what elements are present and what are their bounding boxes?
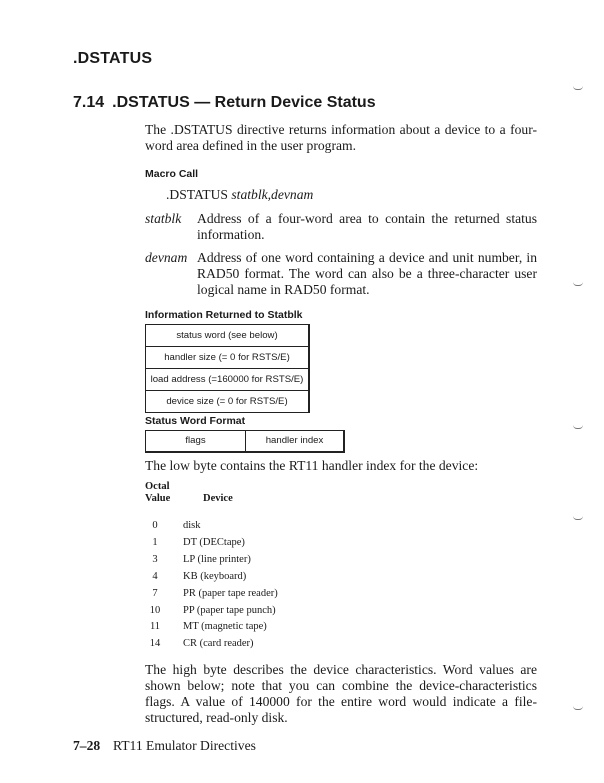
scan-edge-mark	[573, 282, 583, 286]
status-word-format-heading: Status Word Format	[145, 415, 245, 427]
macro-call-heading: Macro Call	[145, 168, 198, 180]
section-number: 7.14	[73, 94, 104, 111]
running-head: .DSTATUS	[73, 50, 152, 68]
macro-args: statblk,devnam	[231, 187, 313, 202]
macro-directive: .DSTATUS	[166, 187, 228, 202]
statblk-word: status word (see below)	[146, 325, 308, 346]
octal-value: 0	[145, 520, 165, 531]
device-name: LP (line printer)	[183, 554, 251, 565]
device-header: Device	[203, 493, 233, 504]
device-name: PP (paper tape punch)	[183, 605, 276, 616]
argument-term: statblk	[145, 211, 181, 227]
octal-value: 10	[145, 605, 165, 616]
octal-value: 4	[145, 571, 165, 582]
device-name: KB (keyboard)	[183, 571, 246, 582]
handler-index-field: handler index	[246, 431, 343, 451]
argument-description: Address of one word containing a device …	[197, 250, 537, 298]
low-byte-paragraph: The low byte contains the RT11 handler i…	[145, 458, 537, 474]
status-word-diagram: flags handler index	[145, 430, 345, 453]
header-line: Value	[145, 493, 170, 505]
scan-edge-mark	[573, 516, 583, 520]
statblk-layout-diagram: status word (see below) handler size (= …	[145, 324, 310, 413]
argument-term: devnam	[145, 250, 187, 266]
octal-value: 1	[145, 537, 165, 548]
device-name: DT (DECtape)	[183, 537, 245, 548]
scan-edge-mark	[573, 86, 583, 90]
octal-value-header: Octal Value	[145, 481, 170, 505]
device-name: PR (paper tape reader)	[183, 588, 278, 599]
high-byte-paragraph: The high byte describes the device chara…	[145, 662, 537, 726]
info-returned-heading: Information Returned to Statblk	[145, 309, 303, 321]
macro-call-line: .DSTATUS statblk,devnam	[166, 187, 313, 203]
device-name: disk	[183, 520, 201, 531]
intro-paragraph: The .DSTATUS directive returns informati…	[145, 122, 537, 154]
device-name: MT (magnetic tape)	[183, 621, 267, 632]
statblk-word: device size (= 0 for RSTS/E)	[146, 390, 308, 412]
section-heading: .DSTATUS — Return Device Status	[112, 94, 375, 111]
scan-edge-mark	[573, 706, 583, 710]
page-footer: 7–28RT11 Emulator Directives	[73, 738, 256, 754]
octal-value: 7	[145, 588, 165, 599]
section-title: 7.14.DSTATUS — Return Device Status	[73, 94, 376, 112]
octal-value: 14	[145, 638, 165, 649]
header-line: Octal	[145, 481, 170, 493]
scan-edge-mark	[573, 425, 583, 429]
octal-value: 3	[145, 554, 165, 565]
statblk-word: handler size (= 0 for RSTS/E)	[146, 346, 308, 368]
flags-field: flags	[146, 431, 246, 451]
device-name: CR (card reader)	[183, 638, 254, 649]
chapter-title: RT11 Emulator Directives	[113, 738, 256, 753]
statblk-word: load address (=160000 for RSTS/E)	[146, 368, 308, 390]
octal-value: 11	[145, 621, 165, 632]
argument-description: Address of a four-word area to contain t…	[197, 211, 537, 243]
page-number: 7–28	[73, 738, 113, 754]
